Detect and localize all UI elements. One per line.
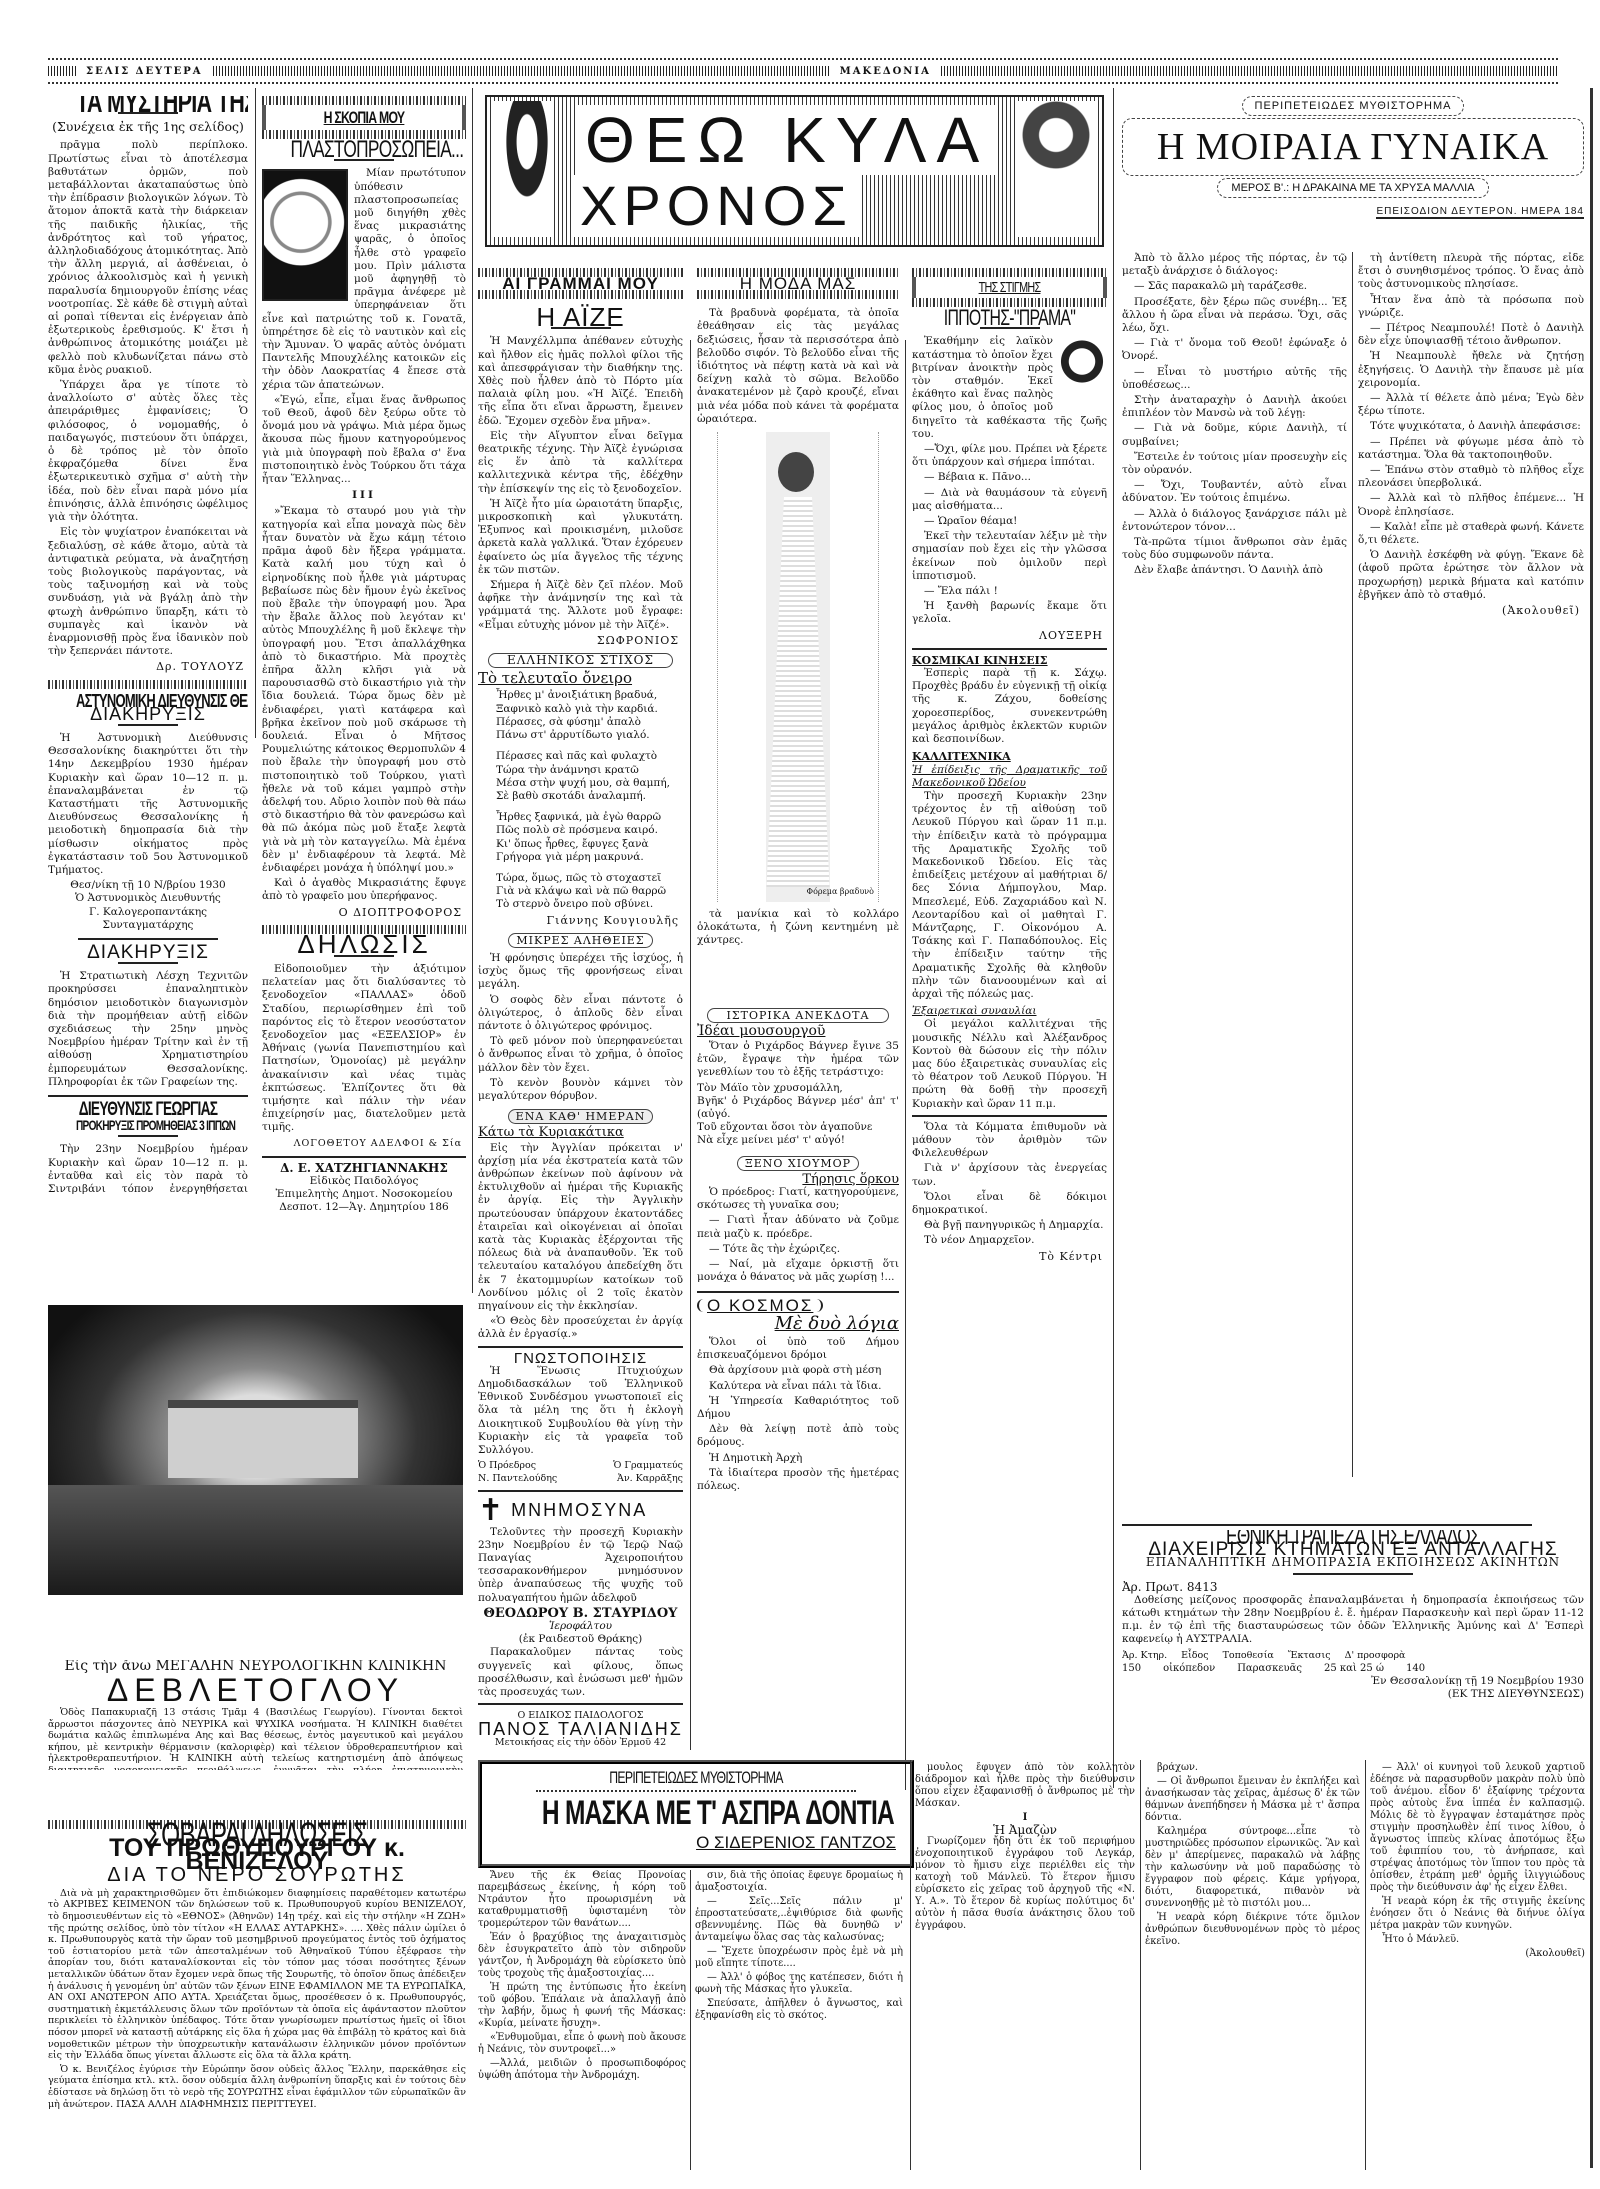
paragraph: — Ναί, μὰ εἴχαμε ὁρκιστῇ ὅτι μονάχα ὁ θά… [697,1258,899,1284]
ad-note: Μετοικήσας εἰς τὴν ὁδὸν Ἑρμοῦ 42 [478,1736,683,1748]
continued-label: (Ἀκολουθεῖ) [1358,604,1580,617]
poem-line: Γρήγορα γιὰ μέρη μακρυνά. [478,851,683,864]
table-cell: 25 καὶ 25 ώ [1324,1662,1384,1675]
poem-title: Τὸ τελευταῖο ὄνειρο [478,672,683,685]
paragraph: Ἐσπερὶς παρὰ τῇ κ. Σάχῳ. Προχθὲς βράδυ ἐ… [912,667,1107,746]
police-title: ΑΣΤΥΝΟΜΙΚΗ ΔΙΕΥΘΥΝΣΙΣ ΘΕΣ/ΝΙΚΗΣ [76,695,220,708]
world-label: Ο ΚΟΣΜΟΣ [697,1299,823,1312]
world-title: Μὲ δυὸ λόγια [697,1317,899,1330]
paragraph: — Οἱ ἄνθρωποι ἔμειναν ἐν ἐκπλήξει καὶ ἀν… [1145,1776,1360,1824]
paragraph: Ἡ Ἕνωσις Πτυχιούχων Δημοδιδασκάλων τοῦ Ἑ… [478,1365,683,1457]
paragraph: Ἡ νεαρὰ κόρη ἐκ τῆς στιγμῆς ἐκείνης ἐνόη… [1370,1896,1585,1932]
paragraph: Στὴν ἀναταραχὴν ὁ Δανιὴλ ἀκούει ἐπιπλέον… [1122,394,1347,420]
column-rule [472,88,473,1293]
ornament-border [262,96,466,105]
banner-figure-right [1016,101,1096,237]
clinic-name: ΔΕΒΛΕΤΟΓΛΟΥ [48,1673,463,1707]
poetry-label: ΕΛΛΗΝΙΚΟΣ ΣΤΙΧΟΣ [488,653,673,668]
sign-line: Ὁ Γραμματεύς [613,1459,683,1472]
banner-line1: ΘΕΩ ΚΥΛΑ [577,105,997,175]
paragraph: — Εἶναι τὸ μυστήριο αὐτῆς τῆς ὑποθέσεως.… [1122,366,1347,392]
paragraph: — Ἔλα πάλι ! [912,585,1107,598]
table-header-cell: Δ' προσφορὰ [1345,1649,1406,1662]
title-rule [1293,1573,1413,1575]
column-rule [690,340,691,1750]
property-table-header: Ἀρ. Κτηρ. Εἶδος Τοποθεσία Ἔκτασις Δ' προ… [1122,1649,1584,1662]
paragraph: Δὲν ἔλαβε ἀπάντησι. Ὁ Δανιὴλ ἀπὸ [1122,564,1347,577]
column-rule [1113,88,1114,1788]
chronos-banner: ΘΕΩ ΚΥΛΑ ΧΡΟΝΟΣ [485,95,1104,247]
continued-label: (Ἀκολουθεῖ) [1370,1948,1585,1960]
police-sign-line: Συνταγματάρχης [48,919,248,932]
paragraph: Σπεύσατε, ἀπῆλθεν ὁ ἄγνωστος, καὶ ἐξηφαν… [695,1998,903,2022]
section-divider [1122,1524,1532,1526]
ad-name: ΠΑΝΟΣ ΤΑΛΙΑΝΙΔΗΣ [478,1723,683,1736]
column-rule [1365,1760,1366,2170]
paragraph: Σήμερα ἡ Ἀϊζὲ δὲν ζεῖ πλέον. Μοῦ ἀφῆκε τ… [478,579,683,632]
column-rule [255,88,256,738]
article-subtitle: (Συνέχεια ἐκ τῆς 1ης σελίδος) [48,120,248,133]
page-masthead: ΣΕΛΙΣ ΔΕΥΤΕΡΑ ΜΑΚΕΔΟΝΙΑ [48,58,1558,84]
paragraph: Ἡ Δημοτικὴ Ἀρχὴ [697,1452,899,1465]
paragraph: τὰ μανίκια καὶ τὸ κολλάρο ὁλοκάτωτα, ἡ ζ… [697,908,899,948]
serial2-header: ΠΕΡΙΠΕΤΕΙΩΔΕΣ ΜΥΘΙΣΤΟΡΗΜΑ Η ΜΑΣΚΑ ΜΕ Τ' … [478,1760,914,1868]
paragraph: Γνωρίζομεν ἤδη ὅτι ἐκ τοῦ περιφήμου ἐνοχ… [915,1836,1135,1932]
serial-part: ΜΕΡΟΣ Β'.: Η ΔΡΑΚΑΙΝΑ ΜΕ ΤΑ ΧΡΥΣΑ ΜΑΛΛΙΑ [1217,178,1489,198]
bank-subtitle2: ΕΠΑΝΑΛΗΠΤΙΚΗ ΔΗΜΟΠΡΑΣΙΑ ΕΚΠΟΙΗΣΕΩΣ ΑΚΙΝΗ… [1122,1556,1584,1569]
serial-title: Η ΜΟΙΡΑΙΑ ΓΥΝΑΙΚΑ [1122,118,1584,176]
paragraph: Τὴν 23ην Νοεμβρίου ἡμέραν Κυριακὴν καὶ ὥ… [48,1143,248,1196]
table-header-cell: Ἀρ. Κτηρ. [1122,1649,1167,1662]
memorial-place-sub: (ἐκ Ραιδεστοῦ Θράκης) [478,1633,683,1646]
paragraph: Καλημέρα σύντροφε...εἶπε τὸ μυστηριῶδες … [1145,1826,1360,1910]
verse-line: Τοῦ εὔχονται ὅσοι τὸν ἀγαποῦνε [697,1121,899,1134]
doctor-line: Δεσποτ. 12—Ἁγ. Δημητρίου 186 [262,1201,466,1214]
paragraph: Καλύτερα νὰ εἶναι πάλι τὰ ἴδια. [697,1380,899,1393]
table-cell: 140 [1406,1662,1425,1675]
paragraph: Ἐκεῖ τὴν τελευταίαν λέξιν μὲ τὴν σημασία… [912,530,1107,583]
column-rule [690,1870,691,2170]
police-sign-line: Γ. Καλογεροπαντάκης [48,906,248,919]
serial2-column-b: σιν, διὰ τῆς ὁποίας ἔφευγε δρομαίως ἡ ἁμ… [695,1870,903,2170]
clinic-ad: Εἰς τὴν ἄνω ΜΕΓΑΛΗΝ ΝΕΥΡΟΛΟΓΙΚΗΝ ΚΛΙΝΙΚΗ… [48,1660,463,1770]
paragraph: Θὰ βγῇ πανηγυρικῶς ἡ Δημαρχία. [912,1219,1107,1232]
humor-title: Τήρησις ὅρκου [697,1173,899,1186]
article-title: ΙΠΠΟΤΗΣ-"ΠΡΑΜΑ" [939,311,1079,324]
figure-dress [763,497,833,887]
paragraph: — Βέβαια κ. Πᾶνο... [912,471,1107,484]
article-title: Η ΑΪΖΕ [478,311,683,324]
column-6b: τὴ ἀντίθετη πλευρὰ τῆς πόρτας, εἶδε ἔτσι… [1358,252,1584,1477]
paragraph: Ἡ Ἀστυνομικὴ Διεύθυνσις Θεσσαλονίκης δια… [48,732,248,877]
social-title: ΚΟΣΜΙΚΑΙ ΚΙΝΗΣΕΙΣ [912,654,1107,667]
dilosis-title: ΔΗΛΩΣΙΣ [262,938,466,951]
article-title-line3: ΔΙΑ ΤΟ ΝΕΡΟ ΣΟΥΡΩΤΗΣ [48,1869,466,1882]
sign-line: Ἀν. Καρρᾶξης [617,1472,683,1485]
police-sign-line: Ὁ Ἀστυνομικὸς Διευθυντής [48,892,248,905]
paragraph: — Ἔχετε ὑποχρέωσιν πρὸς ἐμὲ νὰ μὴ μοῦ εἴ… [695,1946,903,1970]
poem-line: Τώρα, ὅμως, πῶς τὸ στοχαστεῖ [478,872,683,885]
paragraph: Τὸ νέον Δημαρχεῖον. [912,1234,1107,1247]
paragraph: Προσέξατε, δὲν ξέρω πῶς συνέβη... Ἐξ ἄλλ… [1122,296,1347,336]
section-divider [48,680,248,689]
paragraph: Ὑπάρχει ἄρα γε τίποτε τὸ ἀναλλοίωτο σ' α… [48,379,248,524]
serial2-column-a: Ἄνευ τῆς ἐκ Θείας Προνοίας παρεμβάσεως ἐ… [478,1870,686,2170]
column-rule [905,340,906,1790]
article-title: ΤΑ ΜΥΣΤΗΡΙΑ ΤΗΣ ΖΩΗΣ [76,96,220,109]
dilosis-signature: ΛΟΓΟΘΕΤΟΥ ΑΔΕΛΦΟΙ & Σία [262,1137,462,1150]
paragraph: —Ἀλλά, μειδιῶν ὁ προσωπιδοφόρος ὑψώθη ἀπ… [478,2058,686,2082]
poem-line: Κι' ὅπως ἦρθες, ἔφυγες ξανὰ [478,838,683,851]
article-signature: Δρ. ΤΟΥΛΟΥΖ [48,660,244,673]
paragraph: Ὁ σοφὸς δὲν εἶναι πάντοτε ὁ ὀλιγώτερος, … [478,994,683,1034]
notice-title: ΔΙΑΚΗΡΥΞΙΣ [48,946,248,959]
paragraph: Ἡ νεαρὰ κόρη διέκρινε τότε ὅμιλον ἀνθρώπ… [1145,1912,1360,1948]
verse-line: Βγῆκ' ὁ Ριχάρδος Βάγνερ μέσ' ἀπ' τ' (αὐγ… [697,1095,899,1121]
paragraph: — Σεῖς...Σεῖς πάλιν μ' ἐπροστατεύσατε,..… [695,1896,903,1944]
sign-line: Ὁ Πρόεδρος [478,1459,536,1472]
paragraph: «Ὁ Θεὸς δὲν προσεύχεται ἐν ἀργίᾳ ἀλλὰ ἐν… [478,1315,683,1341]
section-numeral: ΙΙΙ [262,489,466,502]
sign-line: Ν. Παντελούδης [478,1472,557,1485]
paragraph: — Γιὰ τ' ὄνομα τοῦ Θεοῦ! ἐφώναξε ὁ Ὀνορέ… [1122,337,1347,363]
paragraph: μουλος ἔφυγεν ἀπὸ τὸν κολλητὸν διάδρομον… [915,1762,1135,1810]
paragraph: Δὲν θὰ λείψῃ ποτὲ ἀπὸ τοὺς δρόμους. [697,1423,899,1449]
paragraph: Εἰδοποιοῦμεν τὴν ἀξιότιμον πελατείαν μας… [262,963,466,1135]
column-label-box: Η ΣΚΟΠΙΑ ΜΟΥ [262,105,466,130]
paragraph: — Σᾶς παρακαλῶ μὴ ταράζεσθε. [1122,280,1347,293]
article-signature: ΛΟΥΞΕΡΗ [912,629,1103,642]
newspaper-name: ΜΑΚΕΔΟΝΙΑ [840,66,931,77]
fashion-caption: Φόρεμα βραδυνὸ [807,885,874,898]
column-3: ΑΙ ΓΡΑΜΜΑΙ ΜΟΥ Η ΑΪΖΕ Ἡ Μανχέλλμπα ἀπέθα… [478,268,683,1748]
paragraph: Ὅλοι εἶναι δὲ δόκιμοι δημοκρατικοί. [912,1191,1107,1217]
paragraph: Ὅλοι οἱ ὑπὸ τοῦ Δήμου ἐπισκευαζόμενοι δρ… [697,1336,899,1362]
paragraph: Τελοῦντες τὴν προσεχῆ Κυριακὴν 23ην Νοεμ… [478,1526,683,1605]
poem-line: Πέρασες καὶ πᾶς καὶ φυλαχτὸ [478,750,683,763]
verse-line: Νὰ εἶχε μείνει μέσ' τ' αὐγό! [697,1134,899,1147]
paragraph: Γιὰ ν' ἀρχίσουν τὰς ἐνεργείας των. [912,1162,1107,1188]
paragraph: Ἡ ξανθὴ βαρωνίς ἔκαμε ὅτι γελοῖα. [912,600,1107,626]
daily-title: Κάτω τὰ Κυριακάτικα [478,1126,683,1139]
gnosto-signatures: Ὁ Πρόεδρος Ὁ Γραμματεύς [478,1459,683,1472]
poem-line: Πάνω στ' ἀρρυτίδωτο γιαλό. [478,729,683,742]
episode-label: ΕΠΕΙΣΟΔΙΟΝ ΔΕΥΤΕΡΟΝ. ΗΜΕΡΑ 184 [1376,206,1584,219]
trailer-signature: Τὸ Κέντρι [912,1250,1103,1263]
section-divider [78,938,218,940]
banner-line2: ΧΡΟΝΟΣ [572,175,861,237]
section-divider [912,1115,1107,1117]
article-signature: Ο ΔΙΟΠΤΡΟΦΟΡΟΣ [262,906,462,919]
paragraph: Ἀπὸ τὸ ἄλλο μέρος τῆς πόρτας, ἐν τῷ μετα… [1122,252,1347,278]
paragraph: — Ἀλλὰ ὁ διάλογος ξανάρχισε πάλι μὲ ἐντο… [1122,508,1347,534]
humor-label: ΞΕΝΟ ΧΙΟΥΜΟΡ [737,1156,859,1171]
paragraph: Ὅταν ὁ Ριχάρδος Βάγνερ ἔγινε 35 ἐτῶν, ἔγ… [697,1040,899,1080]
paragraph: Ὁ πρόεδρος: Γιατί, κατηγορούμενε, σκότωσ… [697,1186,899,1212]
paragraph: Τὰ-πρῶτα τίμιοι ἄνθρωποι σὰν ἐμᾶς τοὺς δ… [1122,536,1347,562]
serial2-column-e: — Ἀλλ' οἱ κυνηγοὶ τοῦ λευκοῦ χαρτιοῦ ἐδέ… [1370,1762,1585,2172]
paragraph: Ὅλα τὰ Κόμματα ἐπιθυμοῦν νὰ μάθουν τὸν ἀ… [912,1121,1107,1161]
building-shape [168,1400,358,1478]
paragraph: —Ὄχι, φίλε μου. Πρέπει νὰ ξέρετε ὅτι ὑπά… [912,443,1107,469]
table-cell: οἰκόπεδον [1163,1662,1215,1675]
title-rule [118,724,178,726]
paragraph: Καὶ ὁ ἀγαθὸς Μικρασιάτης ἔφυγε ἀπὸ τὸ γρ… [262,877,466,903]
gnosto-signatures: Ν. Παντελούδης Ἀν. Καρρᾶξης [478,1472,683,1485]
poem-line: Ἦρθες μ' ἀνοιξιάτικη βραδυά, [478,689,683,702]
verse-line: Τὸν Μάϊο τὸν χρυσομάλλη, [697,1082,899,1095]
paragraph: — Πέτρος Νεαμπουλέ! Ποτὲ ὁ Δανιὴλ δὲν εἶ… [1358,322,1584,348]
table-header-cell: Τοποθεσία [1223,1649,1274,1662]
table-cell: Παρασκευᾶς [1237,1662,1302,1675]
paragraph: Ὁ κ. Βενιζέλος ἐγύρισε τὴν Εὐρώπην ὅσον … [48,2064,466,2110]
column-4: Η ΜΟΔΑ ΜΑΣ Τὰ βραδυνὰ φορέματα, τὰ ὁποῖα… [697,268,899,1748]
article-title: ΠΛΑΣΤΟΠΡΟΣΩΠΕΙΑ... [291,143,438,156]
serial2-column-c: μουλος ἔφυγεν ἀπὸ τὸν κολλητὸν διάδρομον… [915,1762,1135,2172]
serial2-chapter: Ο ΣΙΔΕΡΕΝΙΟΣ ΓΑΝΤΖΟΣ [482,1833,896,1853]
serial2-column-d: βράχων. — Οἱ ἄνθρωποι ἔμειναν ἐν ἐκπλήξε… [1145,1762,1360,2172]
bank-date: Ἐν Θεσσαλονίκῃ τῇ 19 Νοεμβρίου 1930 [1122,1675,1584,1688]
poem-line: Τὸ στερνὸ ὄνειρο ποὺ σβύνει. [478,898,683,911]
page-edge [1590,88,1593,2168]
paragraph: Ἦταν ἕνα ἀπὸ τὰ πρόσωπα ποὺ γνώριζε. [1358,294,1584,320]
paragraph: Ἡ Μανχέλλμπα ἀπέθανεν εὐτυχὴς καὶ ἤλθον … [478,335,683,427]
figure-head [778,452,814,492]
poem-line: Ξαφνικὸ καλὸ γιὰ τὴν καρδιά. [478,703,683,716]
chapter-title: Ἡ Ἀμαζὼν [915,1824,1135,1836]
venizelos-article: ΣΟΒΑΡΑΙ ΔΗΛΩΣΕΙΣ ΤΟΥ ΠΡΩΘΥΠΟΥΡΓΟΥ κ. ΒΕΝ… [48,1820,466,2165]
bank-ref: Ἀρ. Πρωτ. 8413 [1122,1581,1584,1594]
bank-notice: ΕΘΝΙΚΗ ΤΡΑΠΕΖΑ ΤΗΣ ΕΛΛΑΔΟΣ ΔΙΑΧΕΙΡΙΣΙΣ Κ… [1122,1530,1584,1755]
memorial-title: ΜΝΗΜΟΣΥΝΑ [511,1504,647,1517]
caricature-image [262,169,348,301]
column-rule [1352,252,1353,1477]
column-rule [910,1760,911,2170]
column-label-box: ΤΗΣ ΣΤΙΓΜΗΣ [912,277,1107,298]
georgias-title: ΔΙΕΥΘΥΝΣΙΣ ΓΕΩΡΓΙΑΣ [76,1103,220,1116]
paragraph: Τὴν προσεχῆ Κυριακὴν 23ην τρέχοντος ἐν τ… [912,790,1107,1001]
property-table-row: 150 οἰκόπεδον Παρασκευᾶς 25 καὶ 25 ώ 140 [1122,1662,1584,1675]
article-signature: ΣΩΦΡΟΝΙΟΣ [478,634,679,647]
paragraph: Τὸ κενὸν βουνὸν κάμνει τὸν μεγαλύτερον θ… [478,1077,683,1103]
memorial-name: ΘΕΟΔΩΡΟΥ Β. ΣΤΑΥΡΙΔΟΥ [478,1607,683,1620]
paragraph: Ἄνευ τῆς ἐκ Θείας Προνοίας παρεμβάσεως ἐ… [478,1870,686,1930]
serial-label: ΠΕΡΙΠΕΤΕΙΩΔΕΣ ΜΥΘΙΣΤΟΡΗΜΑ [1242,96,1464,116]
poem-line: Τώρα τὴν ἀνάμνησι κρατῶ [478,764,683,777]
fashion-illustration: Φόρεμα βραδυνὸ [717,432,879,902]
paragraph: Δοθείσης μείζονος προσφορᾶς ἐπαναλαμβάνε… [1122,1594,1584,1647]
sketch-image [1057,337,1107,407]
concerts-title: Ἐξαιρετικαὶ συναυλίαι [912,1005,1107,1018]
paragraph: «Ἐνθυμοῦμαι, εἶπε ὁ φωνὴ ποὺ ἄκουσε ἡ Νε… [478,2032,686,2056]
serial2-title: Η ΜΑΣΚΑ ΜΕ Τ' ΑΣΠΡΑ ΔΟΝΤΙΑ [542,1794,850,1833]
memorial-header: ✝ ΜΝΗΜΟΣΥΝΑ [478,1496,683,1526]
arts-title: ΚΑΛΛΙΤΕΧΝΙΚΑ [912,750,1107,763]
georgias-subtitle: ΠΡΟΚΗΡΥΞΙΣ ΠΡΟΜΗΘΕΙΑΣ 3 ΙΠΠΩΝ [76,1119,220,1132]
table-cell: 150 [1122,1662,1141,1675]
paragraph: — Γιὰ νὰ δοῦμε, κύριε Δανιὴλ, τί συμβαίν… [1122,422,1347,448]
section-divider [912,648,1107,650]
paragraph: Ἐάν ὁ βραχύβιος της ἀναχαιτισμὸς δὲν ἐσυ… [478,1932,686,1980]
column-6a: Ἀπὸ τὸ ἄλλο μέρος τῆς πόρτας, ἐν τῷ μετα… [1122,252,1347,1472]
anecdote-label: ΙΣΤΟΡΙΚΑ ΑΝΕΚΔΟΤΑ [707,1008,889,1023]
paragraph: — Ὡραῖον θέαμα! [912,515,1107,528]
masthead-hatch [941,66,1558,76]
paragraph: Εἰς τὴν Ἀγγλίαν πρόκειται ν' ἀρχίσῃ μία … [478,1142,683,1314]
memorial-place: Ἱεροφάλτου [478,1620,683,1633]
column-label: Η ΣΚΟΠΙΑ ΜΟΥ [293,111,434,124]
bank-signature: (ΕΚ ΤΗΣ ΔΙΕΥΘΥΝΣΕΩΣ) [1122,1688,1584,1701]
paragraph: — Γιατὶ ἦταν ἀδύνατο νὰ ζοῦμε πειὰ μαζὺ … [697,1214,899,1240]
paragraph: Ἡ Ἀϊζὲ ἦτο μία ὡραιοτάτη ὕπαρξις, μικροσ… [478,498,683,577]
paragraph: Τὰ ἰδιαίτερα προσὸν τῆς ἡμετέρας πόλεως. [697,1467,899,1493]
paragraph: — Ἐπάνω στὸν σταθμὸ τὸ πλῆθος εἶχε πλεον… [1358,464,1584,490]
paragraph: Ἔστειλε ἐν τούτοις μίαν προσευχὴν εἰς τὸ… [1122,451,1347,477]
paragraph: — Τότε ἂς τὴν ἐχώριζες. [697,1243,899,1256]
paragraph: σιν, διὰ τῆς ὁποίας ἔφευγε δρομαίως ἡ ἁμ… [695,1870,903,1894]
gnosto-title: ΓΝΩΣΤΟΠΟΙΗΣΙΣ [478,1352,683,1365]
bank-title: ΕΘΝΙΚΗ ΤΡΑΠΕΖΑ ΤΗΣ ΕΛΛΑΔΟΣ [1187,1530,1520,1543]
paragraph: — Ὄχι, Τουβαντέν, αὐτὸ εἶναι ἀδύνατον. Ἐ… [1122,479,1347,505]
page-number-label: ΣΕΛΙΣ ΔΕΥΤΕΡΑ [86,66,203,77]
paragraph: Ἦτο ὁ Μάνλεϋ. [1370,1934,1585,1946]
paragraph: — Πρέπει νὰ φύγωμε μέσα ἀπὸ τὸ κατάστημα… [1358,436,1584,462]
truths-label: ΜΙΚΡΕΣ ΑΛΗΘΕΙΕΣ [508,933,653,948]
paragraph: Ἡ Στρατιωτικὴ Λέσχη Τεχνιτῶν προκηρύσσει… [48,970,248,1089]
paragraph: Τότε ψυχικότατα, ὁ Δανιὴλ ἀπεφάσισε: [1358,420,1584,433]
poem-line: Σὲ βαθὺ σκοτάδι ἀναλαμπή. [478,790,683,803]
doctor-name: Δ. Ε. ΧΑΤΖΗΓΙΑΝΝΑΚΗΣ [262,1162,466,1175]
paragraph: Οἱ μεγάλοι καλλιτέχναι τῆς μουσικῆς Νέλλ… [912,1018,1107,1110]
poem-line: Μέσα στὴν ψυχή μου, σὰ θαμπή, [478,777,683,790]
poem-line: Πέρασες, σὰ φύσημ' ἀπαλὸ [478,716,683,729]
paragraph: — Καλὰ! εἶπε μὲ σταθερὰ φωνή. Κάνετε ὅ,τ… [1358,521,1584,547]
table-header-cell: Ἔκτασις [1288,1649,1331,1662]
masthead-hatch [48,66,76,76]
paragraph: Ἡ πρώτη της ἐντύπωσις ἦτο ἐκείνη τοῦ φόβ… [478,1982,686,2030]
paragraph: πρᾶγμα πολὺ περίπλοκο. Πρωτίστως εἶναι τ… [48,139,248,377]
poem-line: Πῶς πολὺ σὲ πρόσμενα καιρό. [478,824,683,837]
poem-line: Γιὰ νὰ κλάψω καὶ νὰ πῶ θαρρῶ [478,885,683,898]
poem-line: Ἦρθες ξαφνικά, μὰ ἐγὼ θαρρῶ [478,811,683,824]
article-title: ΣΟΒΑΡΑΙ ΔΗΛΩΣΕΙΣ [107,1829,408,1842]
section-divider [48,1095,248,1097]
paragraph: βράχων. [1145,1762,1360,1774]
column-label: ΤΗΣ ΣΤΙΓΜΗΣ [942,281,1077,294]
paragraph: Ἡ Ὑπηρεσία Καθαριότητος τοῦ Δήμου [697,1395,899,1421]
section-divider [262,1156,466,1158]
section-divider [478,1490,683,1492]
column-5: ΤΗΣ ΣΤΙΓΜΗΣ ΙΠΠΟΤΗΣ-"ΠΡΑΜΑ" Ἐκαθήμην εἰς… [912,268,1107,1748]
cross-icon: ✝ [478,1496,503,1526]
poem-signature: Γιάννης Κουγιουλῆς [478,914,679,927]
paragraph: Ὁδὸς Παπακυριαζῆ 13 στάσις Τμᾶμ 4 (Βασιλ… [48,1707,463,1770]
doctor-line: Εἰδικὸς Παιδολόγος [262,1175,466,1188]
paragraph: Εἰς τὴν Αἴγυπτον εἶναι δεῖγμα θεατρικῆς … [478,430,683,496]
arts-subtitle: Ἡ ἐπίδειξις τῆς Δραματικῆς τοῦ Μακεδονικ… [912,764,1107,790]
title-rule [118,1135,178,1137]
daily-label: ΕΝΑ ΚΑΘ' ΗΜΕΡΑΝ [508,1109,653,1124]
paragraph: Ἡ Νεαμπουλὲ ἤθελε νὰ ζητήσῃ ἐξηγήσεις. Ὁ… [1358,350,1584,390]
section-divider [697,1291,899,1293]
paragraph: «Ἐγώ, εἶπε, εἶμαι ἕνας ἄνθρωπος τοῦ Θεοῦ… [262,394,466,486]
paragraph: — Ἀλλὰ τί θέλετε ἀπὸ μένα; Ἐγὼ δὲν ξέρω … [1358,392,1584,418]
column-header: Η ΜΟΔΑ ΜΑΣ [697,277,899,290]
police-sign-line: Θεσ/νίκη τῇ 10 Ν/βρίου 1930 [48,879,248,892]
paragraph: Ἡ φρόνησις ὑπερέχει τῆς ἰσχύος, ἡ ἰσχὺς … [478,952,683,992]
dotted-rule [536,1790,856,1792]
column-header: ΑΙ ΓΡΑΜΜΑΙ ΜΟΥ [478,277,683,290]
banner-figure-left [491,101,551,237]
anecdote-title: Ἰδέαι μουσουργοῦ [697,1025,899,1038]
paragraph: »Ἔκαμα τὸ σταυρό μου γιὰ τὴν κατηγορία κ… [262,505,466,875]
section-divider [478,1346,683,1348]
paragraph: — Ἀλλ' ὁ φόβος της κατέπεσεν, διότι ἡ φω… [695,1972,903,1996]
serial2-label: ΠΕΡΙΠΕΤΕΙΩΔΕΣ ΜΥΘΙΣΤΟΡΗΜΑ [542,1768,850,1788]
table-header-cell: Εἶδος [1181,1649,1208,1662]
clinic-photo [48,1305,463,1595]
column-rule [1140,1760,1141,2170]
garden-shape [48,1485,463,1595]
paragraph: — Ἀλλ' οἱ κυνηγοὶ τοῦ λευκοῦ χαρτιοῦ ἐδέ… [1370,1762,1585,1894]
paragraph: Ὁ Δανιὴλ ἐσκέφθη νὰ φύγῃ. Ἔκανε δὲ (ἀφοῦ… [1358,549,1584,602]
column-1: ΤΑ ΜΥΣΤΗΡΙΑ ΤΗΣ ΖΩΗΣ (Συνέχεια ἐκ τῆς 1η… [48,96,248,1196]
column-2: Η ΣΚΟΠΙΑ ΜΟΥ ΠΛΑΣΤΟΠΡΟΣΩΠΕΙΑ... Μίαν πρω… [262,96,466,1286]
section-divider [478,1703,683,1705]
paragraph: Τὰ βραδυνὰ φορέματα, τὰ ὁποῖα ἐθεάθησαν … [697,307,899,426]
ornament-border [912,268,1107,277]
paragraph: Εἰς τὸν ψυχίατρον ἐναπόκειται νὰ ξεδιαλύ… [48,526,248,658]
paragraph: Διὰ νὰ μὴ χαρακτηρισθῶμεν ὅτι ἐπιδιώκομε… [48,1888,466,2062]
masthead-hatch [213,66,830,76]
paragraph: Τὸ φεῦ μόνον ποὺ ὑπερηφανεύεται ὁ ἄνθρωπ… [478,1035,683,1075]
paragraph: τὴ ἀντίθετη πλευρὰ τῆς πόρτας, εἶδε ἔτσι… [1358,252,1584,292]
paragraph: — Διὰ νὰ θαυμάσουν τὰ εὐγενῆ μας αἰσθήμα… [912,487,1107,513]
paragraph: Παρακαλοῦμεν πάντας τοὺς συγγενεῖς καὶ φ… [478,1646,683,1699]
doctor-line: Ἐπιμελητὴς Δημοτ. Νοσοκομείου [262,1188,466,1201]
paragraph: — Ἀλλὰ καὶ τὸ πλῆθος ἐπέμενε... Ἡ Ὀνορὲ … [1358,492,1584,518]
paragraph: Θὰ ἀρχίσουν μιὰ φορὰ στὴ μέση [697,1364,899,1377]
serial-header: ΠΕΡΙΠΕΤΕΙΩΔΕΣ ΜΥΘΙΣΤΟΡΗΜΑ Η ΜΟΙΡΑΙΑ ΓΥΝΑ… [1122,96,1584,246]
